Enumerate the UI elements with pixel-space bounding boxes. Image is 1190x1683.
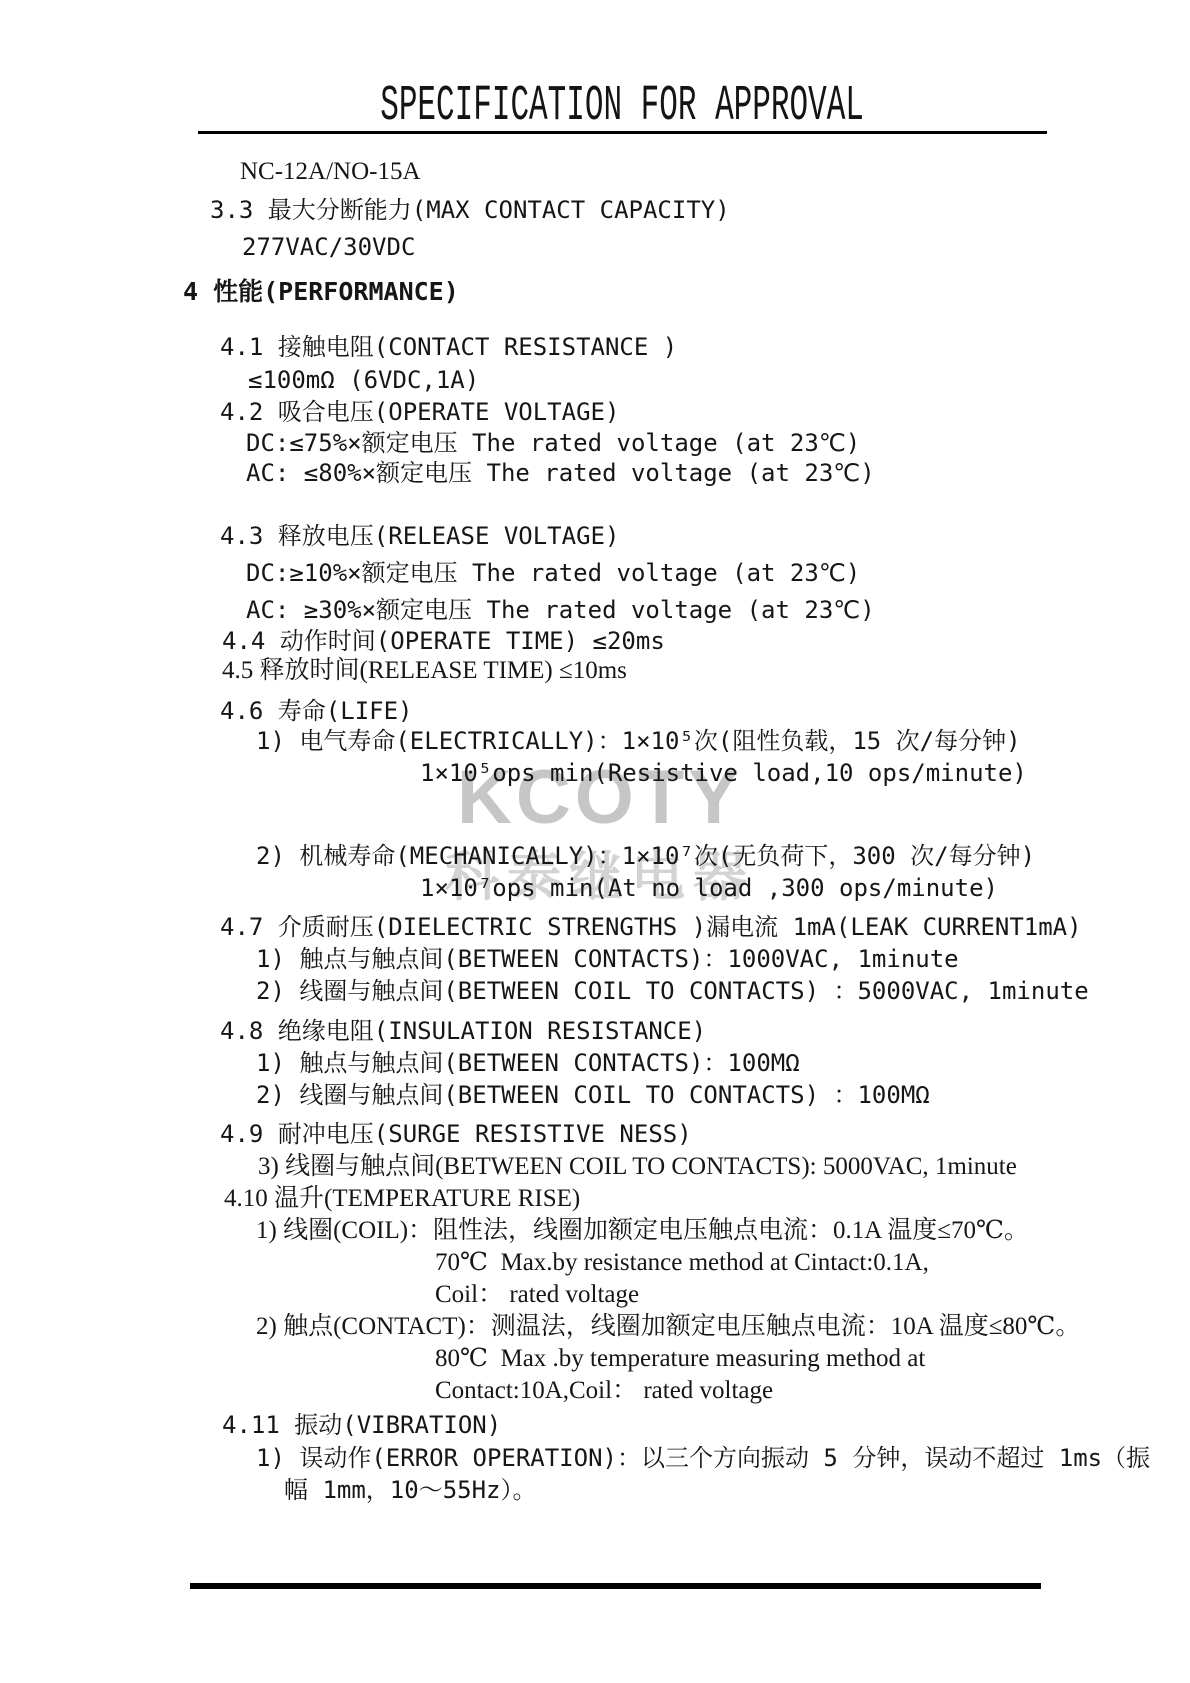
line-4-7-coil-to-contacts: 2) 线圈与触点间(BETWEEN COIL TO CONTACTS) ：500…	[256, 978, 1089, 1006]
line-4-3-release-voltage: 4.3 释放电压(RELEASE VOLTAGE)	[220, 523, 619, 551]
line-4-10-contact-en2: Contact:10A,Coil： rated voltage	[435, 1377, 773, 1406]
line-4-10-temperature-rise: 4.10 温升(TEMPERATURE RISE)	[224, 1185, 580, 1214]
line-4-5-release-time: 4.5 释放时间(RELEASE TIME) ≤10ms	[222, 657, 627, 686]
line-4-9-surge-resistance: 4.9 耐冲电压(SURGE RESISTIVE NESS)	[220, 1121, 692, 1149]
line-3-3-max-contact-capacity: 3.3 最大分断能力(MAX CONTACT CAPACITY)	[210, 197, 730, 225]
line-4-3-dc: DC:≥10%×额定电压 The rated voltage (at 23℃)	[246, 560, 860, 588]
line-4-8-between-contacts: 1) 触点与触点间(BETWEEN CONTACTS)：100MΩ	[256, 1050, 800, 1078]
line-4-7-dielectric-strength: 4.7 介质耐压(DIELECTRIC STRENGTHS )漏电流 1mA(L…	[220, 914, 1082, 942]
section-4-performance-heading: 4 性能(PERFORMANCE)	[183, 278, 459, 307]
page-title: SPECIFICATION FOR APPROVAL	[198, 82, 1047, 132]
line-4-6-life: 4.6 寿命(LIFE)	[220, 698, 413, 726]
line-4-10-coil-en2: Coil： rated voltage	[435, 1281, 639, 1310]
line-4-8-insulation-resistance: 4.8 绝缘电阻(INSULATION RESISTANCE)	[220, 1018, 706, 1046]
line-3-3-value: 277VAC/30VDC	[242, 234, 415, 262]
line-model-number: NC-12A/NO-15A	[240, 158, 421, 187]
line-4-11-error-operation-cont: 幅 1mm，10～55Hz）。	[284, 1477, 537, 1505]
line-4-10-contact: 2) 触点(CONTACT)：测温法，线圈加额定电压触点电流：10A 温度≤80…	[256, 1313, 1080, 1342]
line-4-8-coil-to-contacts: 2) 线圈与触点间(BETWEEN COIL TO CONTACTS) ：100…	[256, 1082, 930, 1110]
footer-rule	[190, 1583, 1041, 1589]
line-4-2-operate-voltage: 4.2 吸合电压(OPERATE VOLTAGE)	[220, 399, 619, 427]
line-4-6-electrical-life: 1) 电气寿命(ELECTRICALLY)：1×10⁵次(阻性负载，15 次/每…	[256, 728, 1021, 756]
line-4-10-coil-en1: 70℃ Max.by resistance method at Cintact:…	[435, 1249, 929, 1278]
line-4-2-dc: DC:≤75%×额定电压 The rated voltage (at 23℃)	[246, 430, 860, 458]
line-4-7-between-contacts: 1) 触点与触点间(BETWEEN CONTACTS)：1000VAC, 1mi…	[256, 946, 959, 974]
spec-document-page: KCOTY 科泰继电器 SPECIFICATION FOR APPROVAL N…	[0, 0, 1190, 1683]
line-4-1-contact-resistance: 4.1 接触电阻(CONTACT RESISTANCE )	[220, 334, 677, 362]
line-4-6-mechanical-life: 2) 机械寿命(MECHANICALLY)：1×10⁷次(无负荷下，300 次/…	[256, 843, 1035, 871]
line-4-11-error-operation: 1) 误动作(ERROR OPERATION)：以三个方向振动 5 分钟，误动不…	[256, 1445, 1150, 1473]
page-title-text: SPECIFICATION FOR APPROVAL	[381, 82, 865, 132]
line-4-3-ac: AC: ≥30%×额定电压 The rated voltage (at 23℃)	[246, 597, 875, 625]
line-4-4-operate-time: 4.4 动作时间(OPERATE TIME) ≤20ms	[222, 628, 665, 656]
line-4-9-coil-to-contacts: 3) 线圈与触点间(BETWEEN COIL TO CONTACTS): 500…	[258, 1153, 1017, 1182]
line-4-10-coil: 1) 线圈(COIL)：阻性法，线圈加额定电压触点电流：0.1A 温度≤70℃。	[256, 1217, 1029, 1246]
line-4-1-value: ≤100mΩ (6VDC,1A)	[248, 367, 479, 395]
line-4-6-electrical-life-en: 1×10⁵ops min(Resistive load,10 ops/minut…	[420, 760, 1027, 788]
line-4-11-vibration: 4.11 振动(VIBRATION)	[222, 1412, 501, 1440]
line-4-6-mechanical-life-en: 1×10⁷ops min(At no load ,300 ops/minute)	[420, 875, 998, 903]
header-rule	[198, 131, 1047, 134]
line-4-2-ac: AC: ≤80%×额定电压 The rated voltage (at 23℃)	[246, 460, 875, 488]
line-4-10-contact-en1: 80℃ Max .by temperature measuring method…	[435, 1345, 925, 1374]
